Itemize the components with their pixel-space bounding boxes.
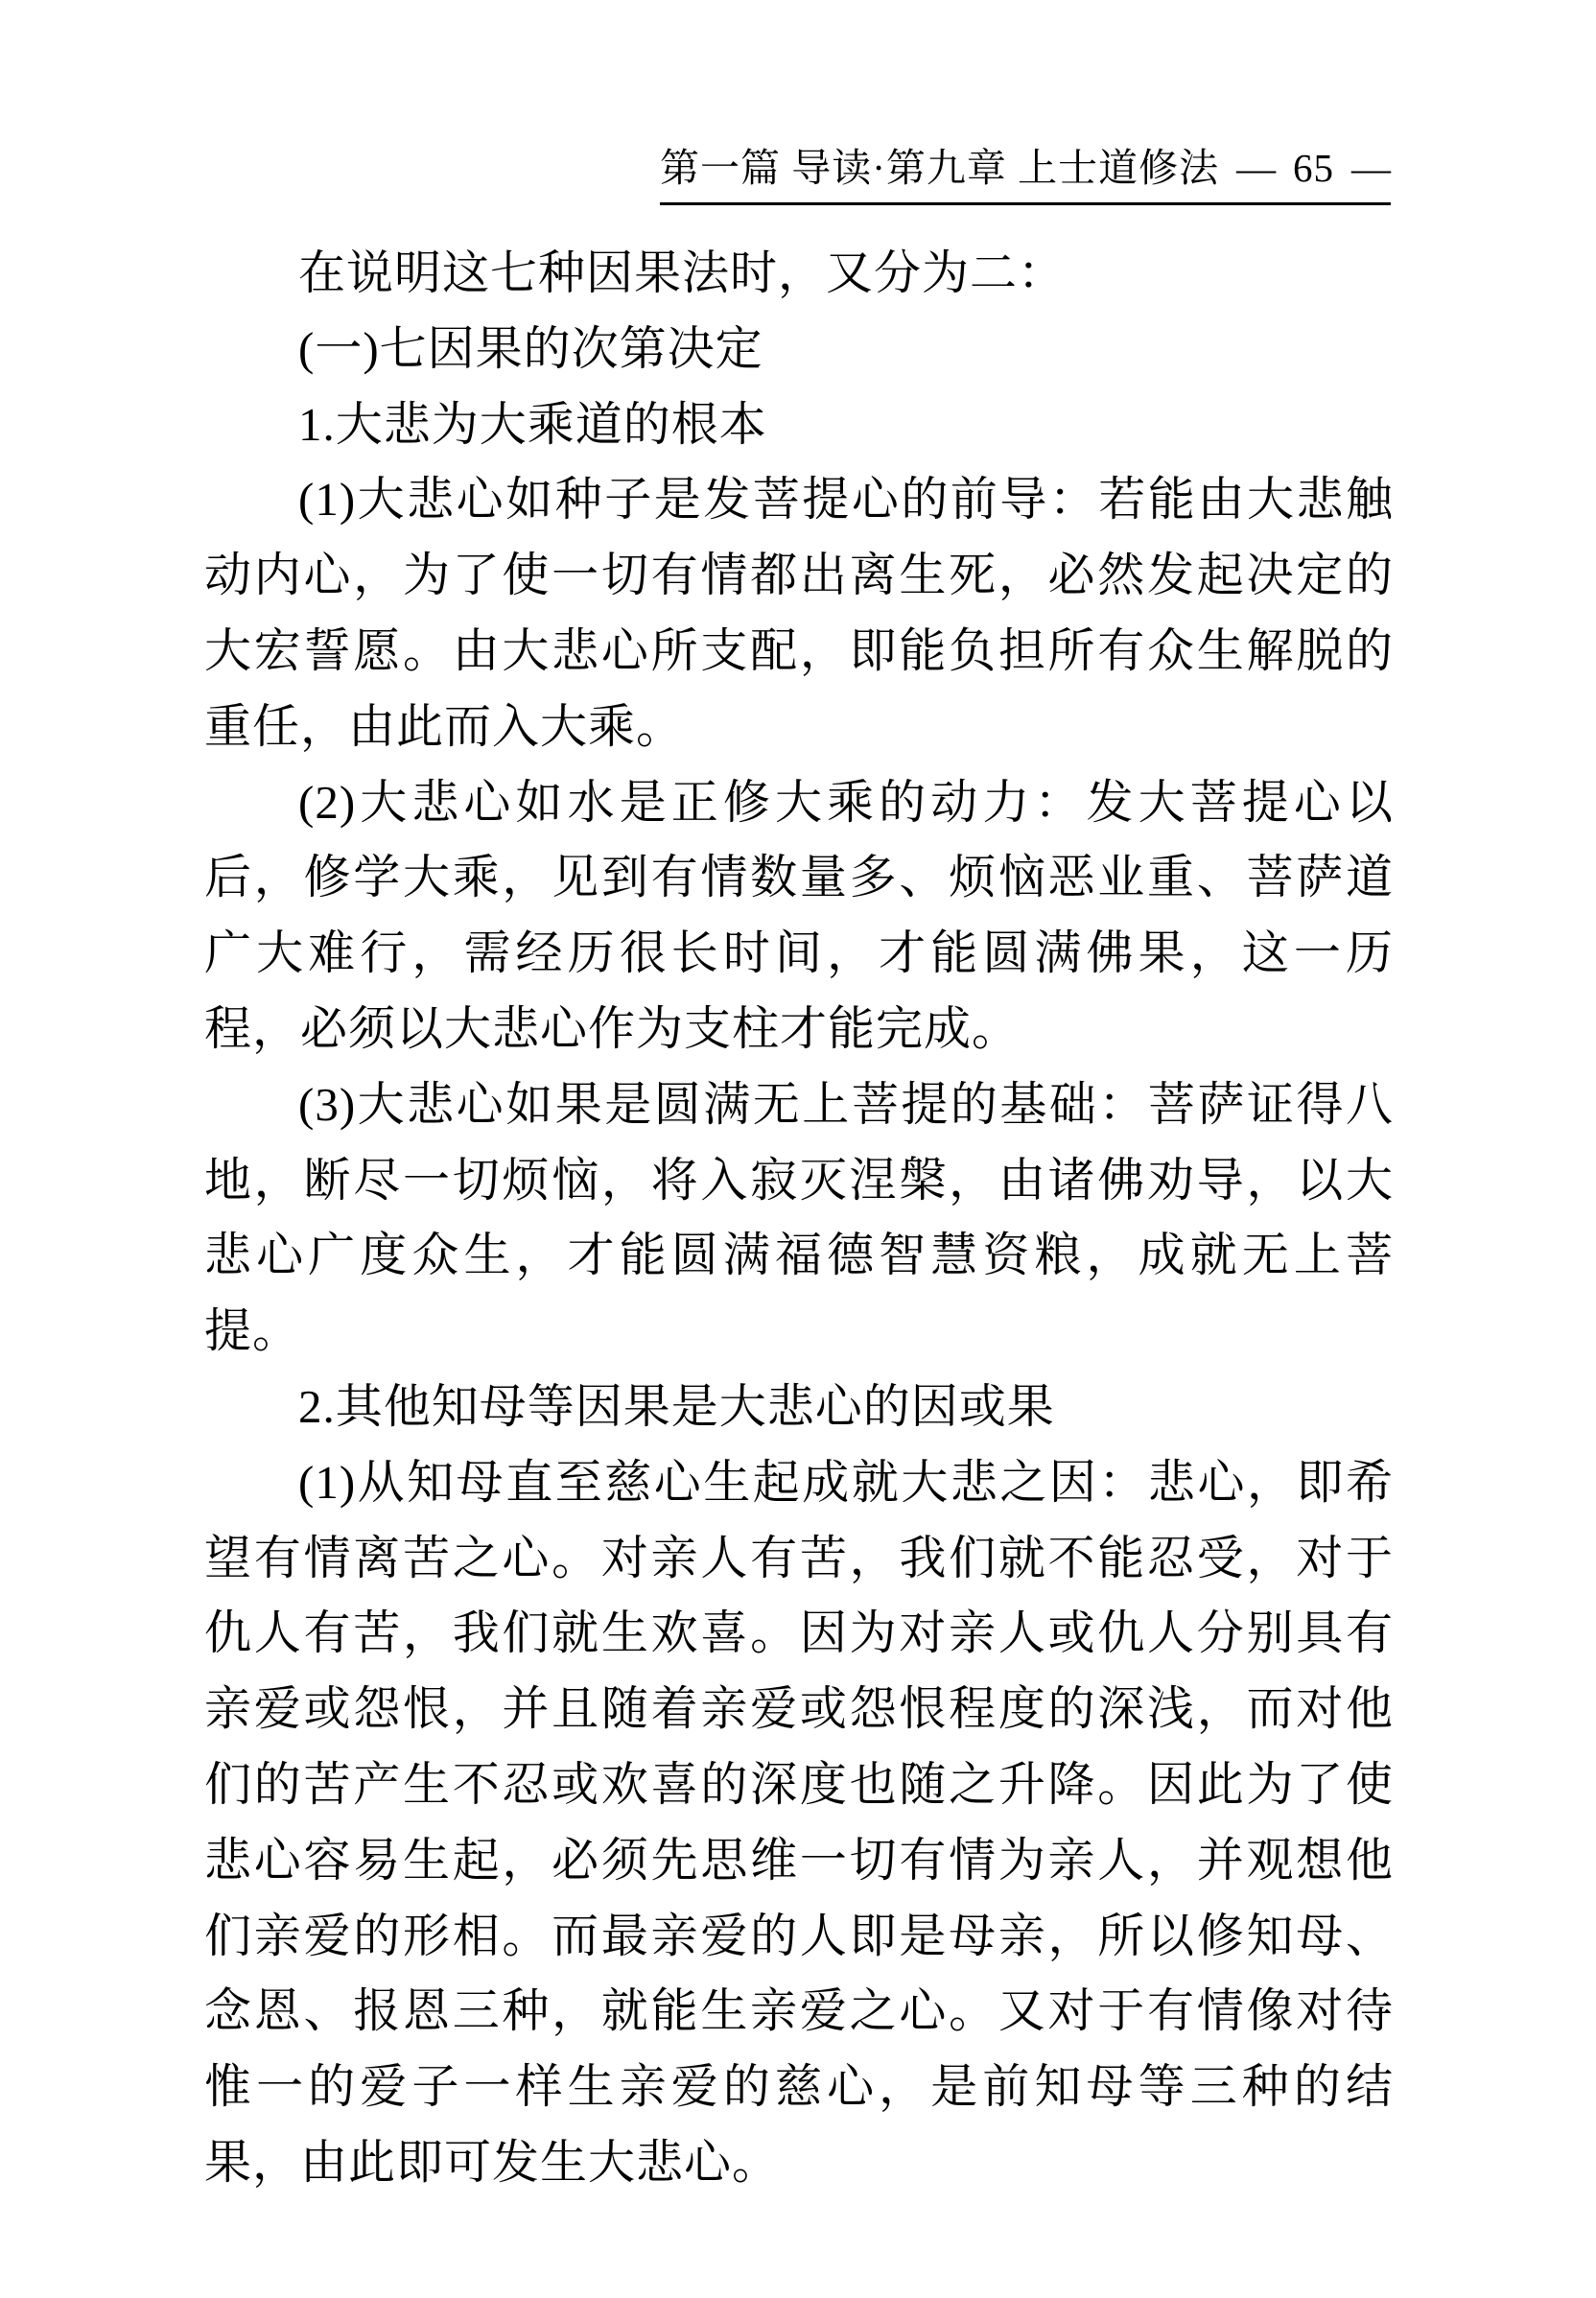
page-number: 65 [1293, 144, 1334, 193]
paragraph-knowing-mother-to-compassion: (1)从知母直至慈心生起成就大悲之因：悲心，即希望有情离苦之心。对亲人有苦，我们… [204, 1445, 1394, 2201]
header-dash-left: — [1236, 144, 1276, 193]
running-title: 第一篇 导读·第九章 上士道修法 [660, 144, 1219, 193]
page-body: 在说明这七种因果法时，又分为二： (一)七因果的次第决定 1.大悲为大乘道的根本… [204, 236, 1394, 2201]
section-heading-seven-causes: (一)七因果的次第决定 [204, 312, 1394, 387]
subsection-heading-other-causes: 2.其他知母等因果是大悲心的因或果 [204, 1370, 1394, 1445]
header-rule [660, 202, 1391, 205]
page-header: 第一篇 导读·第九章 上士道修法 — 65 — [660, 144, 1391, 205]
subsection-heading-great-compassion-root: 1.大悲为大乘道的根本 [204, 387, 1394, 463]
book-page: 第一篇 导读·第九章 上士道修法 — 65 — 在说明这七种因果法时，又分为二：… [0, 0, 1596, 2298]
header-dash-right: — [1351, 144, 1391, 193]
running-head-row: 第一篇 导读·第九章 上士道修法 — 65 — [660, 144, 1391, 193]
paragraph-compassion-as-water: (2)大悲心如水是正修大乘的动力：发大菩提心以后，修学大乘，见到有情数量多、烦恼… [204, 765, 1394, 1067]
paragraph-compassion-as-seed: (1)大悲心如种子是发菩提心的前导：若能由大悲触动内心，为了使一切有情都出离生死… [204, 462, 1394, 764]
paragraph-compassion-as-fruit: (3)大悲心如果是圆满无上菩提的基础：菩萨证得八地，断尽一切烦恼，将入寂灭涅槃，… [204, 1067, 1394, 1370]
paragraph-intro: 在说明这七种因果法时，又分为二： [204, 236, 1394, 312]
